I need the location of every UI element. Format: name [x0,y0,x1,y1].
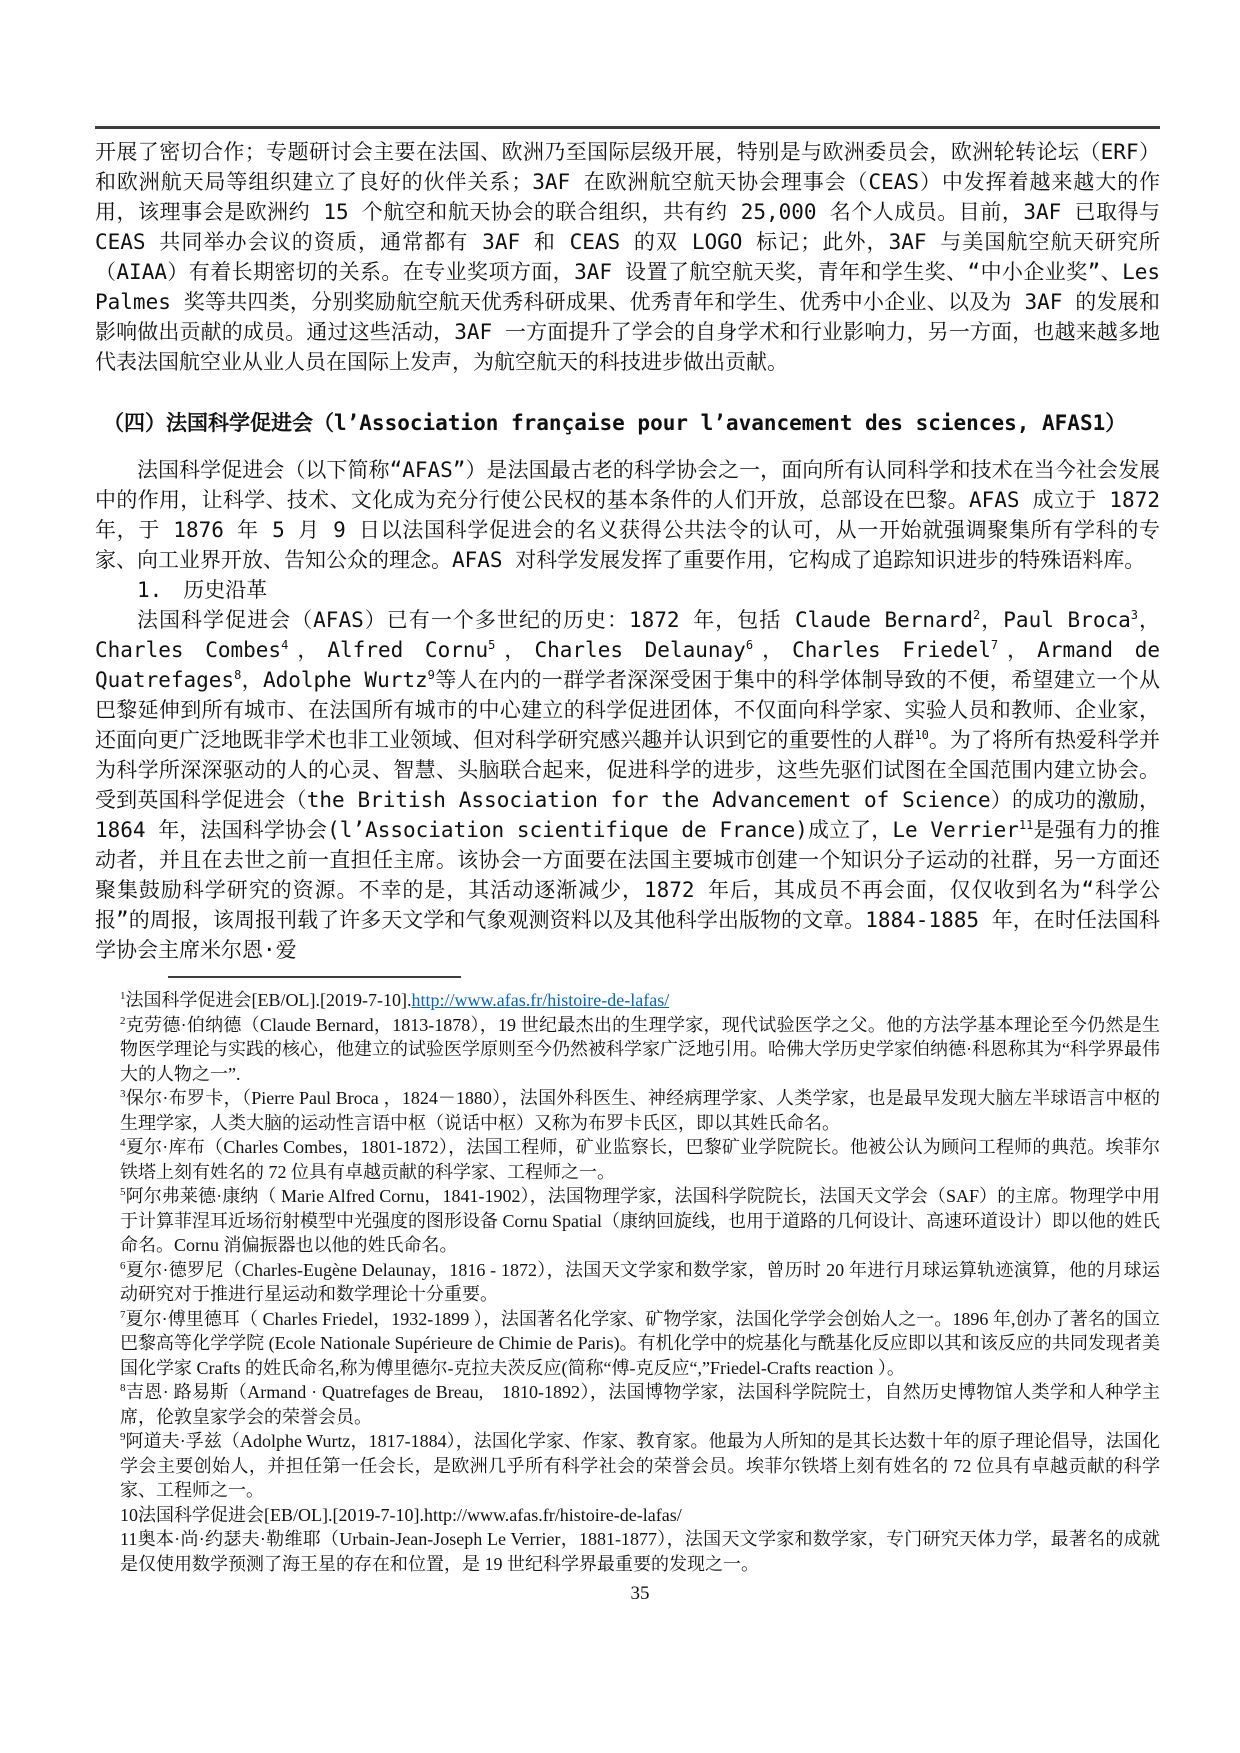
footnote-text: 阿尔弗莱德·康纳（ Marie Alfred Cornu，1841-1902），… [120,1186,1160,1255]
footnote-text: 夏尔·德罗尼（Charles-Eugène Delaunay，1816 - 18… [120,1260,1160,1305]
footnote-5: 5阿尔弗莱德·康纳（ Marie Alfred Cornu，1841-1902）… [120,1184,1160,1258]
footnote-text: 10法国科学促进会[EB/OL].[2019-7-10].http://www.… [120,1505,682,1525]
text-segment: ，Charles Delaunay [495,638,745,662]
footnote-text: 夏尔·傅里德耳（ Charles Friedel，1932-1899 ），法国著… [120,1309,1160,1378]
footnote-11: 11奥本·尚·约瑟夫·勒维耶（Urbain-Jean-Joseph Le Ver… [120,1527,1160,1576]
footnote-10: 10法国科学促进会[EB/OL].[2019-7-10].http://www.… [120,1503,1160,1528]
footnote-ref-9: 9 [428,668,435,682]
text-segment: 法国科学促进会（AFAS）已有一个多世纪的历史：1872 年，包括 Claude… [137,608,973,632]
footnote-ref-7: 7 [991,638,998,652]
text-segment: ，Paul Broca [980,608,1131,632]
footnote-ref-3: 3 [1131,608,1138,622]
footnote-2: 2克劳德·伯纳德（Claude Bernard，1813-1878），19 世纪… [120,1013,1160,1087]
footnote-ref-11: 11 [1019,818,1033,832]
paragraph-3: 法国科学促进会（AFAS）已有一个多世纪的历史：1872 年，包括 Claude… [95,605,1160,965]
footnote-text: 吉恩· 路易斯（Armand · Quatrefages de Breau, 1… [120,1382,1160,1427]
footnote-9: 9阿道夫·孚兹（Adolphe Wurtz，1817-1884），法国化学家、作… [120,1429,1160,1503]
paragraph-2: 法国科学促进会（以下简称“AFAS”）是法国最古老的科学协会之一，面向所有认同科… [95,455,1160,575]
footnote-text: 克劳德·伯纳德（Claude Bernard，1813-1878），19 世纪最… [120,1015,1160,1084]
section-heading: （四）法国科学促进会（l’Association française pour … [95,408,1160,438]
footnote-text: 阿道夫·孚兹（Adolphe Wurtz，1817-1884），法国化学家、作家… [120,1431,1160,1500]
footnote-6: 6夏尔·德罗尼（Charles-Eugène Delaunay，1816 - 1… [120,1258,1160,1307]
footnote-8: 8吉恩· 路易斯（Armand · Quatrefages de Breau, … [120,1380,1160,1429]
text-segment: ，Charles Friedel [753,638,991,662]
header-rule [95,126,1160,129]
footnote-text: 法国科学促进会[EB/OL].[2019-7-10]. [126,990,412,1010]
footnote-4: 4夏尔·库布（Charles Combes，1801-1872），法国工程师，矿… [120,1135,1160,1184]
footnote-text: 11奥本·尚·约瑟夫·勒维耶（Urbain-Jean-Joseph Le Ver… [120,1529,1160,1574]
footnote-3: 3保尔·布罗卡，（Pierre Paul Broca ，1824－1880），法… [120,1086,1160,1135]
page-number: 35 [120,1583,1160,1605]
body-content: 开展了密切合作；专题研讨会主要在法国、欧洲乃至国际层级开展，特别是与欧洲委员会，… [95,137,1160,965]
footnotes-section: 1法国科学促进会[EB/OL].[2019-7-10].http://www.a… [120,976,1160,1576]
footnote-1: 1法国科学促进会[EB/OL].[2019-7-10].http://www.a… [120,988,1160,1013]
text-segment: ，Alfred Cornu [288,638,488,662]
text-segment: ，Adolphe Wurtz [241,668,427,692]
footnote-separator-rule [168,976,461,978]
footnote-text: 夏尔·库布（Charles Combes，1801-1872），法国工程师，矿业… [120,1137,1160,1182]
footnote-ref-6: 6 [746,638,753,652]
footnote-link[interactable]: http://www.afas.fr/histoire-de-lafas/ [411,990,669,1010]
list-item-history: 1. 历史沿革 [95,575,1160,605]
document-page: 开展了密切合作；专题研讨会主要在法国、欧洲乃至国际层级开展，特别是与欧洲委员会，… [0,0,1240,1753]
footnote-ref-10: 10 [914,728,928,742]
footnote-text: 保尔·布罗卡，（Pierre Paul Broca ，1824－1880），法国… [120,1088,1160,1133]
footnote-7: 7夏尔·傅里德耳（ Charles Friedel，1932-1899 ），法国… [120,1307,1160,1381]
paragraph-1: 开展了密切合作；专题研讨会主要在法国、欧洲乃至国际层级开展，特别是与欧洲委员会，… [95,137,1160,377]
